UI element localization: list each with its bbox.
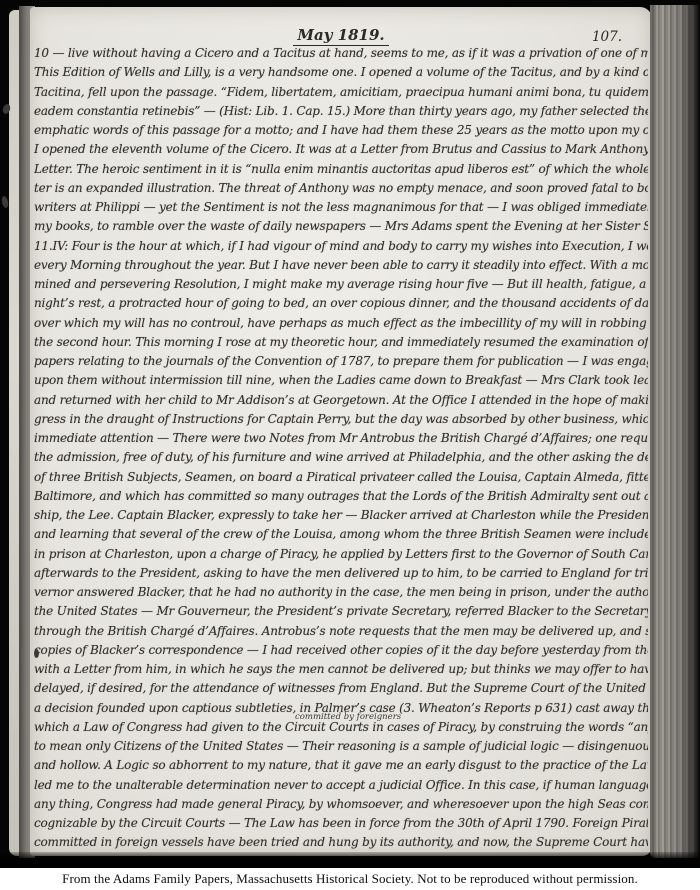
manuscript-line: papers relating to the journals of the C… <box>34 352 648 371</box>
book-fore-edge <box>650 5 700 858</box>
manuscript-line: my books, to ramble over the waste of da… <box>34 217 648 236</box>
manuscript-line: the second hour. This morning I rose at … <box>34 333 648 352</box>
caption-text: From the Adams Family Papers, Massachuse… <box>62 871 638 887</box>
manuscript-line: ship, the Lee. Captain Blacker, expressl… <box>34 506 648 525</box>
manuscript-line: with a Letter from him, in which he says… <box>34 660 648 679</box>
manuscript-line: vernor answered Blacker, that he had no … <box>34 583 648 602</box>
page-header: May 1819. <box>30 25 652 44</box>
manuscript-line: through the British Chargé d’Affaires. A… <box>34 622 648 641</box>
manuscript-line: of three British Subjects, Seamen, on bo… <box>34 468 648 487</box>
manuscript-line: cognizable by the Circuit Courts — The L… <box>34 814 648 833</box>
page-number: 107. <box>592 29 622 45</box>
manuscript-line: in prison at Charleston, upon a charge o… <box>34 545 648 564</box>
interlineation: committed by foreigners <box>295 712 401 722</box>
manuscript-line: gress in the draught of Instructions for… <box>34 410 648 429</box>
manuscript-line: Baltimore, and which has committed so ma… <box>34 487 648 506</box>
manuscript-line: writers at Philippi — yet the Sentiment … <box>34 198 648 217</box>
header-date: May 1819. <box>293 26 388 46</box>
ink-smudge <box>34 649 39 658</box>
ink-smudge <box>1 196 9 209</box>
book-photo: May 1819. 107. 10 — live without having … <box>0 0 700 868</box>
manuscript-line: upon them without intermission till nine… <box>34 371 648 390</box>
manuscript-line: mined and persevering Resolution, I migh… <box>34 275 648 294</box>
manuscript-line: emphatic words of this passage for a mot… <box>34 121 648 140</box>
manuscript-line: and returned with her child to Mr Addiso… <box>34 391 648 410</box>
manuscript-line: This Edition of Wells and Lilly, is a ve… <box>34 63 648 82</box>
manuscript-line: 10 — live without having a Cicero and a … <box>34 44 648 63</box>
manuscript-line: and hollow. A Logic so abhorrent to my n… <box>34 756 648 775</box>
manuscript-line: any thing, Congress had made general Pir… <box>34 795 648 814</box>
photo-bottom-shadow <box>0 852 700 868</box>
manuscript-line: and learning that several of the crew of… <box>34 525 648 544</box>
manuscript-line: over which my will has no controul, have… <box>34 314 648 333</box>
manuscript-line: Letter. The heroic sentiment in it is “n… <box>34 160 648 179</box>
manuscript-line: I opened the eleventh volume of the Cice… <box>34 140 648 159</box>
manuscript-line: copies of Blacker’s correspondence — I h… <box>34 641 648 660</box>
manuscript-line: the United States — Mr Gouverneur, the P… <box>34 602 648 621</box>
manuscript-line: ter is an expanded illustration. The thr… <box>34 179 648 198</box>
manuscript-line: Tacitina, fell upon the passage. “Fidem,… <box>34 83 648 102</box>
manuscript-line: the admission, free of duty, of his furn… <box>34 448 648 467</box>
manuscript-line: committed in foreign vessels have been t… <box>34 833 648 852</box>
manuscript-line: every Morning throughout the year. But I… <box>34 256 648 275</box>
manuscript-text: 10 — live without having a Cicero and a … <box>34 44 648 856</box>
manuscript-line: led me to the unalterable determination … <box>34 776 648 795</box>
manuscript-line: to mean only Citizens of the United Stat… <box>34 737 648 756</box>
manuscript-line: eadem constantia retinebis” — (Hist: Lib… <box>34 102 648 121</box>
manuscript-line: afterwards to the President, asking to h… <box>34 564 648 583</box>
scanned-diary-screenshot: May 1819. 107. 10 — live without having … <box>0 0 700 890</box>
manuscript-page: May 1819. 107. 10 — live without having … <box>30 7 652 856</box>
manuscript-line: immediate attention — There were two Not… <box>34 429 648 448</box>
manuscript-line: 11.IV: Four is the hour at which, if I h… <box>34 237 648 256</box>
manuscript-line: night’s rest, a protracted hour of going… <box>34 294 648 313</box>
caption-bar: From the Adams Family Papers, Massachuse… <box>0 868 700 890</box>
manuscript-line: delayed, if desired, for the attendance … <box>34 679 648 698</box>
